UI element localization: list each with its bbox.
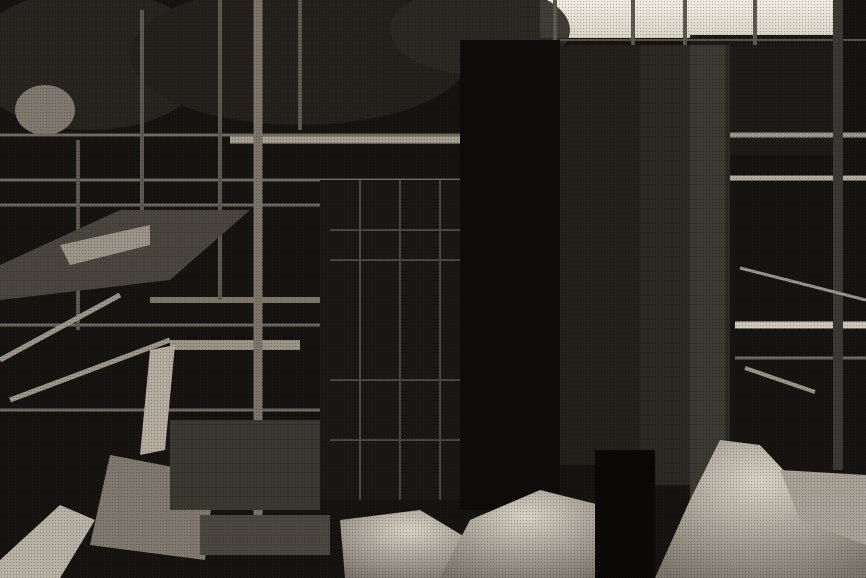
photo-canvas bbox=[0, 0, 866, 578]
halftone-overlay bbox=[0, 0, 866, 578]
construction-site-photo bbox=[0, 0, 866, 578]
